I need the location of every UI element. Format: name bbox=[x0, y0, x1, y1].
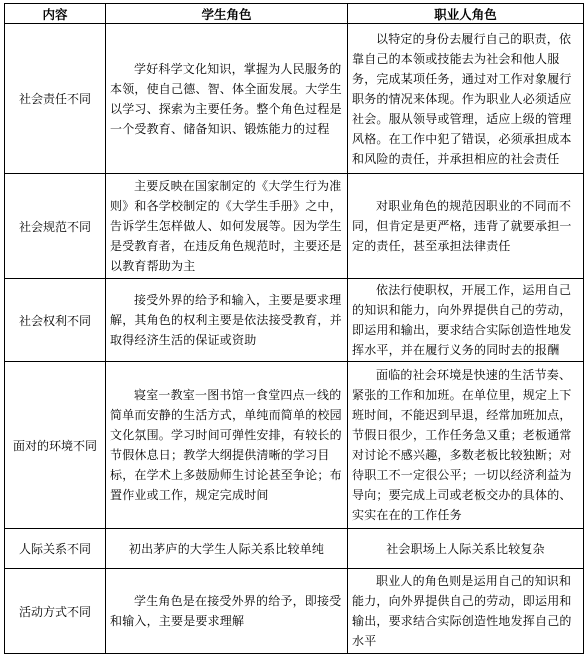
table-row: 活动方式不同 学生角色是在接受外界的给予，即接受和输入，主要是要求理解 职业人的… bbox=[5, 569, 584, 654]
header-student-role: 学生角色 bbox=[106, 4, 348, 24]
professional-cell: 职业人的角色则是运用自己的知识和能力，向外界提供自己的劳动，即运用和输出，要求结… bbox=[348, 569, 584, 654]
professional-cell: 以特定的身份去履行自己的职责，依靠自己的本领或技能去为社会和他人服务，完成某项任… bbox=[348, 24, 584, 174]
aspect-cell: 社会权利不同 bbox=[5, 279, 106, 362]
aspect-cell: 人际关系不同 bbox=[5, 529, 106, 569]
professional-cell: 面临的社会环境是快速的生活节奏、紧张的工作和加班。在单位里，规定上下班时间，不能… bbox=[348, 362, 584, 529]
professional-cell: 社会职场上人际关系比较复杂 bbox=[348, 529, 584, 569]
header-aspect: 内容 bbox=[5, 4, 106, 24]
table-row: 社会权利不同 接受外界的给予和输入，主要是要求理解，其角色的权利主要是依法接受教… bbox=[5, 279, 584, 362]
student-cell: 学生角色是在接受外界的给予，即接受和输入，主要是要求理解 bbox=[106, 569, 348, 654]
table-row: 社会责任不同 学好科学文化知识，掌握为人民服务的本领，使自己德、智、体全面发展。… bbox=[5, 24, 584, 174]
header-professional-role: 职业人角色 bbox=[348, 4, 584, 24]
aspect-cell: 面对的环境不同 bbox=[5, 362, 106, 529]
student-cell: 接受外界的给予和输入，主要是要求理解，其角色的权利主要是依法接受教育，并取得经济… bbox=[106, 279, 348, 362]
aspect-cell: 社会责任不同 bbox=[5, 24, 106, 174]
table-row: 人际关系不同 初出茅庐的大学生人际关系比较单纯 社会职场上人际关系比较复杂 bbox=[5, 529, 584, 569]
student-cell: 学好科学文化知识，掌握为人民服务的本领，使自己德、智、体全面发展。大学生以学习、… bbox=[106, 24, 348, 174]
comparison-table: 内容 学生角色 职业人角色 社会责任不同 学好科学文化知识，掌握为人民服务的本领… bbox=[4, 3, 584, 654]
student-cell: 初出茅庐的大学生人际关系比较单纯 bbox=[106, 529, 348, 569]
student-cell: 寝室一教室一图书馆一食堂四点一线的简单而安静的生活方式，单纯而简单的校园文化氛围… bbox=[106, 362, 348, 529]
header-row: 内容 学生角色 职业人角色 bbox=[5, 4, 584, 24]
aspect-cell: 社会规范不同 bbox=[5, 174, 106, 279]
aspect-cell: 活动方式不同 bbox=[5, 569, 106, 654]
professional-cell: 对职业角色的规范因职业的不同而不同，但肯定是更严格，违背了就要承担一定的责任，甚… bbox=[348, 174, 584, 279]
table-row: 面对的环境不同 寝室一教室一图书馆一食堂四点一线的简单而安静的生活方式，单纯而简… bbox=[5, 362, 584, 529]
table-row: 社会规范不同 主要反映在国家制定的《大学生行为准则》和各学校制定的《大学生手册》… bbox=[5, 174, 584, 279]
professional-cell: 依法行使职权，开展工作，运用自己的知识和能力，向外界提供自己的劳动，即运用和输出… bbox=[348, 279, 584, 362]
student-cell: 主要反映在国家制定的《大学生行为准则》和各学校制定的《大学生手册》之中，告诉学生… bbox=[106, 174, 348, 279]
